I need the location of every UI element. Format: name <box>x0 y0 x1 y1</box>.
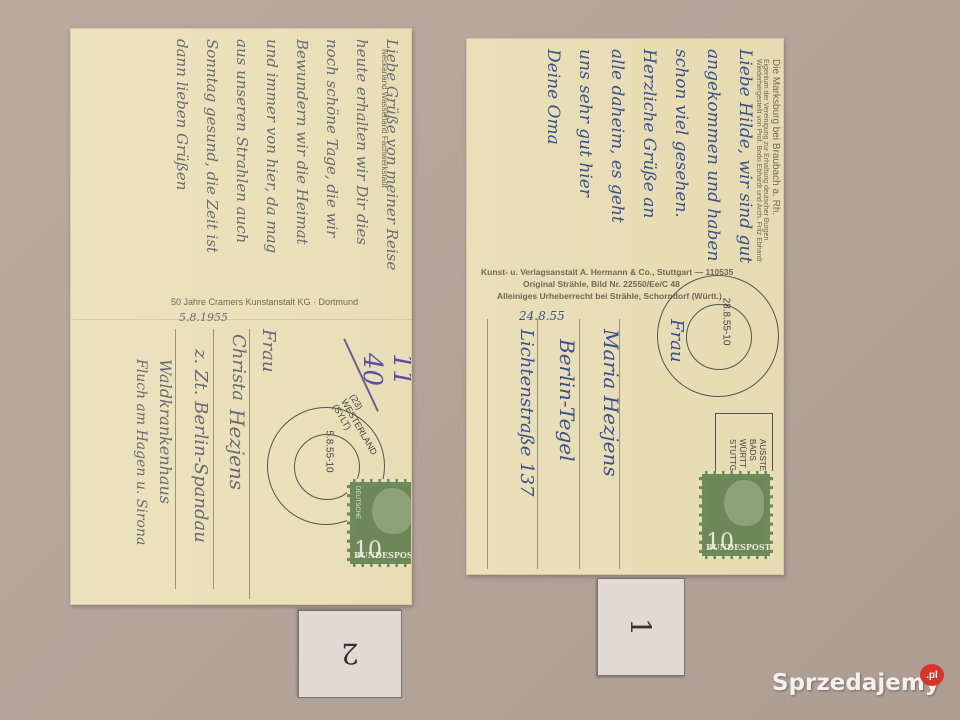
message-line: und immer von hier, da mag <box>263 39 281 253</box>
machine-cancel-text: BADS <box>748 439 757 461</box>
printed-side-text: Eigentum der Vereinigung zur Erhaltung d… <box>755 59 769 289</box>
message-line: noch schöne Tage, die wir <box>323 39 341 237</box>
address-line-text: Frau <box>258 329 279 372</box>
portrait-icon <box>724 480 764 526</box>
watermark-badge: .pl <box>920 664 944 686</box>
address-line-text: Hezjens <box>225 409 249 490</box>
divider <box>71 319 411 320</box>
postage-stamp: 10 BUNDESPOST <box>699 471 773 559</box>
address-line-text: Fluch am Hagen u. Sirona <box>133 359 149 545</box>
machine-cancel-text: WÜRTT <box>738 439 747 468</box>
message-line: Bewundern wir die Heimat <box>293 39 311 245</box>
printed-publisher: 50 Jahre Cramers Kunstanstalt KG · Dortm… <box>171 297 358 307</box>
message-line: schon viel gesehen. <box>671 49 691 218</box>
message-line: Herzliche Grüße an <box>639 49 659 218</box>
message-line: angekommen und haben <box>703 49 723 261</box>
address-line-text: Berlin-Tegel <box>555 339 579 461</box>
address-line <box>579 319 580 569</box>
address-line <box>487 319 488 569</box>
postmark: 28.8.55-10 <box>657 275 779 397</box>
label-number-1: 1 <box>597 578 685 676</box>
address-line <box>249 329 250 599</box>
address-line <box>213 329 214 589</box>
date-written: 24.8.55 <box>519 309 565 323</box>
label-number-2: 2 <box>298 610 402 698</box>
address-line-text: Christa <box>228 334 249 401</box>
message-line: heute erhalten wir Dir dies <box>353 39 371 245</box>
message-line: aus unseren Strahlen auch <box>233 39 251 243</box>
address-line-text: Maria Hezjens <box>599 329 623 477</box>
postage-stamp: DEUTSCHE 10 BUNDESPOST <box>347 479 412 567</box>
message-line: alle daheim, es geht <box>607 49 627 223</box>
printed-title: Die Marksburg bei Braubach a. Rh. <box>770 59 781 215</box>
message-line: Liebe Hilde, wir sind gut <box>735 49 755 263</box>
address-line-text: z. Zt. Berlin-Spandau <box>190 349 211 543</box>
portrait-icon <box>372 488 412 534</box>
message-line: Sonntag gesund, die Zeit ist <box>203 39 221 253</box>
address-line <box>537 319 538 569</box>
watermark-logo: Sprzedajemy <box>772 670 940 696</box>
postcard-right: Die Marksburg bei Braubach a. Rh. Eigent… <box>466 38 784 575</box>
printed-publisher: Kunst- u. Verlagsanstalt A. Hermann & Co… <box>481 267 733 277</box>
postcard-left: Neckarland Wasserland Fachwerkstadt Lieb… <box>70 28 412 605</box>
message-line: Deine Oma <box>543 49 563 145</box>
address-line-text: Waldkrankenhaus <box>156 359 175 504</box>
postmark-date: 28.8.55-10 <box>720 298 731 346</box>
date-written: 5.8.1955 <box>179 311 228 324</box>
pencil-mark: 11 40 <box>357 353 412 401</box>
address-line <box>175 329 176 589</box>
address-line-text: Lichtenstraße 137 <box>516 329 537 496</box>
postmark-date: 5.8.55-10 <box>324 430 335 472</box>
message-line: dann lieben Grüßen <box>173 39 191 190</box>
message-line: Liebe Grüße von meiner Reise <box>383 39 401 270</box>
printed-publisher: Original Strähle, Bild Nr. 22550/Ee/C 48 <box>523 279 680 289</box>
message-line: uns sehr gut hier <box>575 49 595 197</box>
